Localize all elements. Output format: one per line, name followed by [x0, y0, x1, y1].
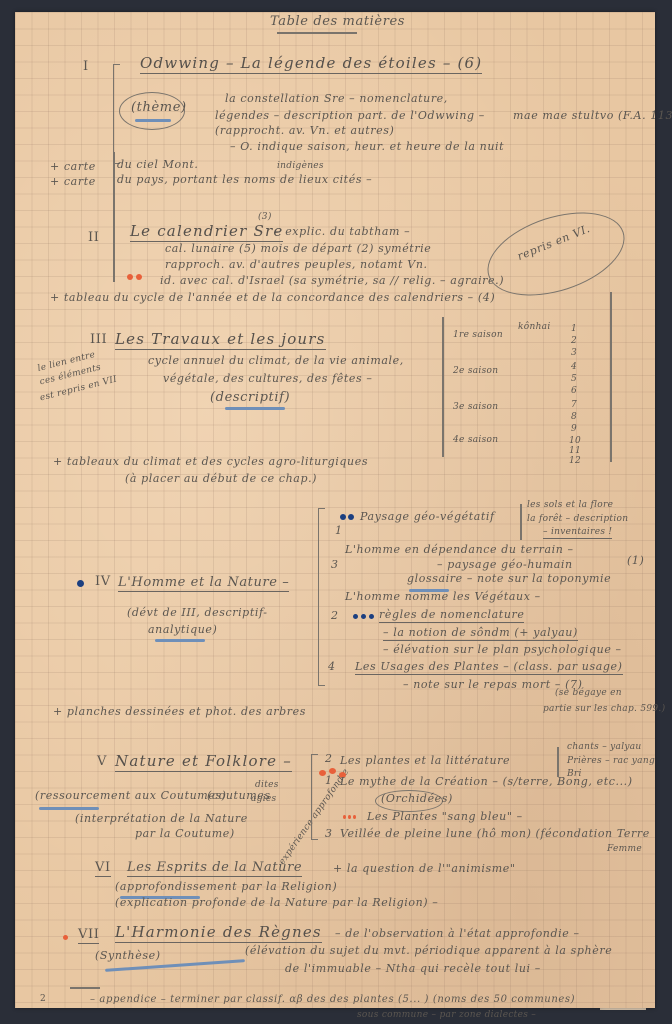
section-1-numeral: I: [83, 59, 89, 74]
section-4-item: L'homme nomme les Végétaux –: [345, 590, 541, 603]
section-4-numeral: IV: [95, 574, 111, 589]
season-num: 11: [569, 446, 581, 456]
section-3-numeral: III: [90, 332, 107, 347]
card-prefix: + carte: [50, 175, 96, 188]
page-title: Table des matières: [270, 14, 405, 29]
blue-underline: [135, 119, 171, 122]
right-note: les sols et la flore: [527, 500, 613, 510]
season-label: 3e saison: [453, 402, 498, 412]
season-num: 9: [571, 424, 577, 434]
item-num: 1: [325, 774, 333, 787]
tableau-line: + tableaux du climat et des cycles agro-…: [53, 455, 368, 468]
section-4-item: – paysage géo-humain: [437, 558, 573, 571]
divider: [557, 747, 559, 777]
page-marker: 2: [40, 994, 46, 1004]
season-num: 1: [571, 324, 577, 334]
margin-rule: [113, 152, 115, 282]
section-1-side-note: mae mae stultvo (F.A. 1133): [513, 109, 672, 122]
card-superscript: indigènes: [277, 161, 324, 171]
section-5-item: Le mythe de la Création – (s/terre, Bong…: [340, 775, 633, 788]
section-4-bracket: [318, 508, 325, 686]
section-5-numeral: V: [97, 754, 107, 769]
section-4-item: Les Usages des Plantes – (class. par usa…: [355, 660, 623, 675]
item-num: 4: [328, 660, 336, 673]
season-num: 5: [571, 374, 577, 384]
red-dot: [63, 935, 68, 940]
card-text: du pays, portant les noms de lieux cités…: [117, 173, 372, 186]
section-7-numeral: VII: [78, 927, 99, 944]
section-4-item: glossaire – note sur la toponymie: [407, 572, 611, 585]
section-6-sub: (explication profonde de la Nature par l…: [115, 896, 438, 909]
section-4-sub: (dévt de III, descriptif-: [127, 606, 268, 619]
section-2-line: rapproch. av. d'autres peuples, notamt V…: [165, 258, 428, 271]
right-note: Bri: [567, 769, 582, 779]
blue-dot: [340, 514, 346, 520]
section-2-ref: (3): [258, 212, 272, 222]
section-2-line: cal. lunaire (5) mois de départ (2) symé…: [165, 242, 431, 255]
section-1-line: légendes – description part. de l'Odwwin…: [215, 109, 485, 122]
section-2-title: Le calendrier Sre: [130, 222, 283, 242]
section-5-bracket: [311, 754, 318, 840]
item-num: 1: [335, 524, 343, 537]
right-note: – inventaires !: [543, 527, 612, 539]
blue-dot: [77, 580, 84, 587]
season-label: 2e saison: [453, 366, 498, 376]
card-prefix: + carte: [50, 160, 96, 173]
section-4-item: – élévation sur le plan psychologique –: [383, 643, 622, 656]
section-7-tag: (Synthèse): [95, 949, 161, 962]
section-4-title: L'Homme et la Nature –: [118, 575, 289, 592]
season-num: 6: [571, 386, 577, 396]
red-dot: [348, 815, 351, 819]
section-5-item: Veillée de pleine lune (hô mon) (féconda…: [340, 827, 650, 840]
section-5-sub: par la Coutume): [135, 827, 235, 840]
section-5-sub: (ressourcement aux Coutumes): [35, 789, 227, 802]
planches-line: + planches dessinées et phot. des arbres: [53, 705, 306, 718]
blue-dot: [348, 514, 354, 520]
season-num: 8: [571, 412, 577, 422]
item-num: 2: [331, 609, 339, 622]
section-1-line: la constellation Sre – nomenclature,: [225, 92, 448, 105]
section-5-item: Les Plantes "sang bleu" –: [367, 810, 523, 823]
section-6-title: Les Esprits de la Nature: [127, 860, 302, 877]
item-num: 3: [331, 558, 339, 571]
red-dot: [353, 815, 356, 819]
section-1-line: – O. indique saison, heur. et heure de l…: [230, 140, 504, 153]
season-label: 1re saison: [453, 330, 503, 340]
section-1-title: Odwwing – La légende des étoiles – (6): [140, 54, 482, 74]
blue-dot: [361, 614, 366, 619]
blue-underline: [39, 807, 99, 810]
season-num: 4: [571, 362, 577, 372]
blue-dot: [369, 614, 374, 619]
section-4-sub: analytique): [148, 623, 217, 636]
season-label: 4e saison: [453, 435, 498, 445]
section-5-item: Femme: [607, 844, 642, 854]
section-1-tag: (thème): [131, 100, 187, 115]
section-7-rest: – de l'observation à l'état approfondie …: [335, 927, 580, 940]
manuscript-page: Table des matières I Odwwing – La légend…: [15, 12, 655, 1008]
section-5-item: Les plantes et la littérature: [340, 754, 510, 767]
right-note: chants – yalyau: [567, 742, 642, 752]
section-1-line: (rapprocht. av. Vn. et autres): [215, 124, 394, 137]
appendix-line: sous commune – par zone dialectes –: [357, 1010, 536, 1020]
section-2-line: id. avec cal. d'Israel (sa symétrie, sa …: [160, 274, 504, 287]
section-7-line: de l'immuable – Ntha qui recèle tout lui…: [285, 962, 541, 975]
season-num: 7: [571, 400, 577, 410]
appendix-rule: [70, 987, 100, 989]
divider: [520, 504, 522, 540]
tableau-note: (à placer au début de ce chap.): [125, 472, 317, 485]
season-num: 3: [571, 348, 577, 358]
footnote: partie sur les chap. 599.): [543, 704, 665, 714]
section-2-numeral: II: [88, 230, 99, 245]
season-outline: [610, 292, 612, 462]
section-3-line: cycle annuel du climat, de la vie animal…: [148, 354, 404, 367]
season-num: 12: [569, 456, 581, 466]
footnote: (se bégaye en: [555, 688, 622, 698]
red-dot: [127, 274, 133, 280]
section-4-item: Paysage géo-végétatif: [360, 510, 495, 523]
section-2-title-rest: – explic. du tabtham –: [275, 225, 410, 238]
section-3-line: végétale, des cultures, des fêtes –: [163, 372, 373, 385]
section-7-title: L'Harmonie des Règnes: [115, 923, 322, 943]
section-5-sub: (interprétation de la Nature: [75, 812, 248, 825]
section-6-numeral: VI: [95, 860, 111, 877]
card-text: du ciel Mont.: [117, 158, 199, 171]
section-5-title: Nature et Folklore –: [115, 752, 292, 772]
title-underline: [277, 32, 357, 34]
section-6-sub: (approfondissement par la Religion): [115, 880, 337, 893]
blue-underline: [225, 407, 285, 410]
appendix-line: – appendice – terminer par classif. αβ d…: [90, 994, 575, 1005]
right-note: Prières – rac yang: [567, 756, 655, 766]
section-5-sub: agies: [251, 794, 276, 804]
item-num: 2: [325, 752, 333, 765]
season-table-rule: [442, 317, 444, 457]
blue-underline: [155, 639, 205, 642]
season-num: 10: [569, 436, 581, 446]
season-num: 2: [571, 336, 577, 346]
section-4-item: règles de nomenclature: [379, 608, 524, 623]
right-note: la forêt – description: [527, 514, 628, 524]
section-4-item: – la notion de sôndm (+ yalyau): [383, 626, 578, 641]
red-dot: [136, 274, 142, 280]
blue-dot: [353, 614, 358, 619]
item-num: 3: [325, 827, 333, 840]
section-3-tag: (descriptif): [210, 390, 290, 405]
season-column-header: kônhai: [518, 322, 551, 332]
section-7-line: (élévation du sujet du mvt. périodique a…: [245, 944, 612, 957]
section-5-item: (Orchidées): [381, 792, 453, 805]
section-4-item: L'homme en dépendance du terrain –: [345, 543, 574, 556]
section-5-sub: dites: [255, 780, 279, 790]
red-dot: [343, 815, 346, 819]
section-3-title: Les Travaux et les jours: [115, 330, 326, 350]
tableau-line: + tableau du cycle de l'année et de la c…: [50, 291, 495, 304]
section-6-rest: + la question de l'"animisme": [333, 862, 516, 875]
side-ref: (1): [627, 554, 644, 567]
